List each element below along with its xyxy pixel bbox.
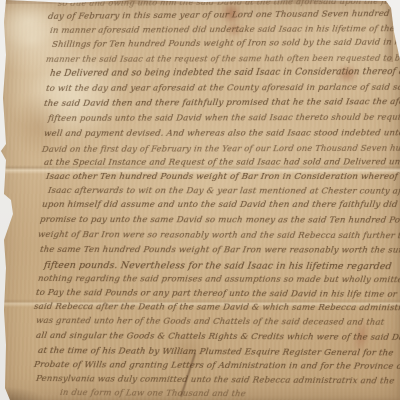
manuscript-line: all and singular the Goods & Chattels Ri… [35, 331, 400, 343]
manuscript-line: weight of Bar Iron were so reasonably wo… [37, 230, 400, 241]
manuscript-line: he Delivered and so being indebted the s… [49, 67, 400, 79]
manuscript-line: said Rebecca after the Death of the same… [33, 302, 400, 313]
manuscript-line: the same Ten hundred Pounds weight of Ba… [39, 245, 400, 256]
manuscript-line: was granted unto her of the Goods and Ch… [35, 316, 384, 328]
manuscript-line: upon himself did assume and unto the sai… [41, 200, 398, 210]
manuscript-line: well and payment devised. And whereas al… [43, 128, 400, 139]
manuscript-line: David on the first day of February in th… [41, 143, 400, 154]
manuscript-line: fifteen pounds. Nevertheless for the sai… [43, 260, 392, 272]
photo-background: so due and owing unto him the said David… [0, 0, 400, 400]
manuscript-line: Pennsylvania was duly committed unto the… [35, 374, 395, 386]
manuscript-line: the said David then and there faithfully… [43, 97, 400, 109]
manuscript-line: at the time of his Death by William Plum… [37, 346, 394, 358]
manuscript-line: to Pay the said Pounds or any part there… [35, 288, 400, 300]
manuscript-line: manner the said Isaac at the request of … [45, 52, 400, 64]
manuscript-line: Isaac afterwards to wit on the Day & yea… [47, 186, 400, 197]
manuscript-line: so due and owing unto him the said David… [57, 0, 400, 8]
manuscript-line: fifteen pounds unto the said David when … [47, 113, 400, 124]
manuscript-line: to wit the day and year aforesaid at the… [45, 83, 400, 94]
manuscript-line: day of February in this same year of our… [47, 8, 400, 22]
manuscript-line: nothing regarding the said promises and … [37, 274, 400, 285]
manuscript-line: in manner aforesaid mentioned did undert… [49, 24, 400, 36]
manuscript-line: Shillings for Ten hundred Pounds weight … [51, 37, 400, 50]
manuscript-line: in due form of Law one Thousand and the [59, 388, 246, 399]
manuscript-line: Isaac other Ten hundred Pounds weight of… [45, 172, 400, 182]
manuscript-line: at the Special Instance and Request of t… [43, 157, 400, 168]
manuscript-line: promise to pay unto the same David so mu… [39, 215, 400, 226]
manuscript-line: Probate of Wills and granting Letters of… [33, 360, 400, 372]
manuscript-page: so due and owing unto him the said David… [0, 0, 400, 400]
